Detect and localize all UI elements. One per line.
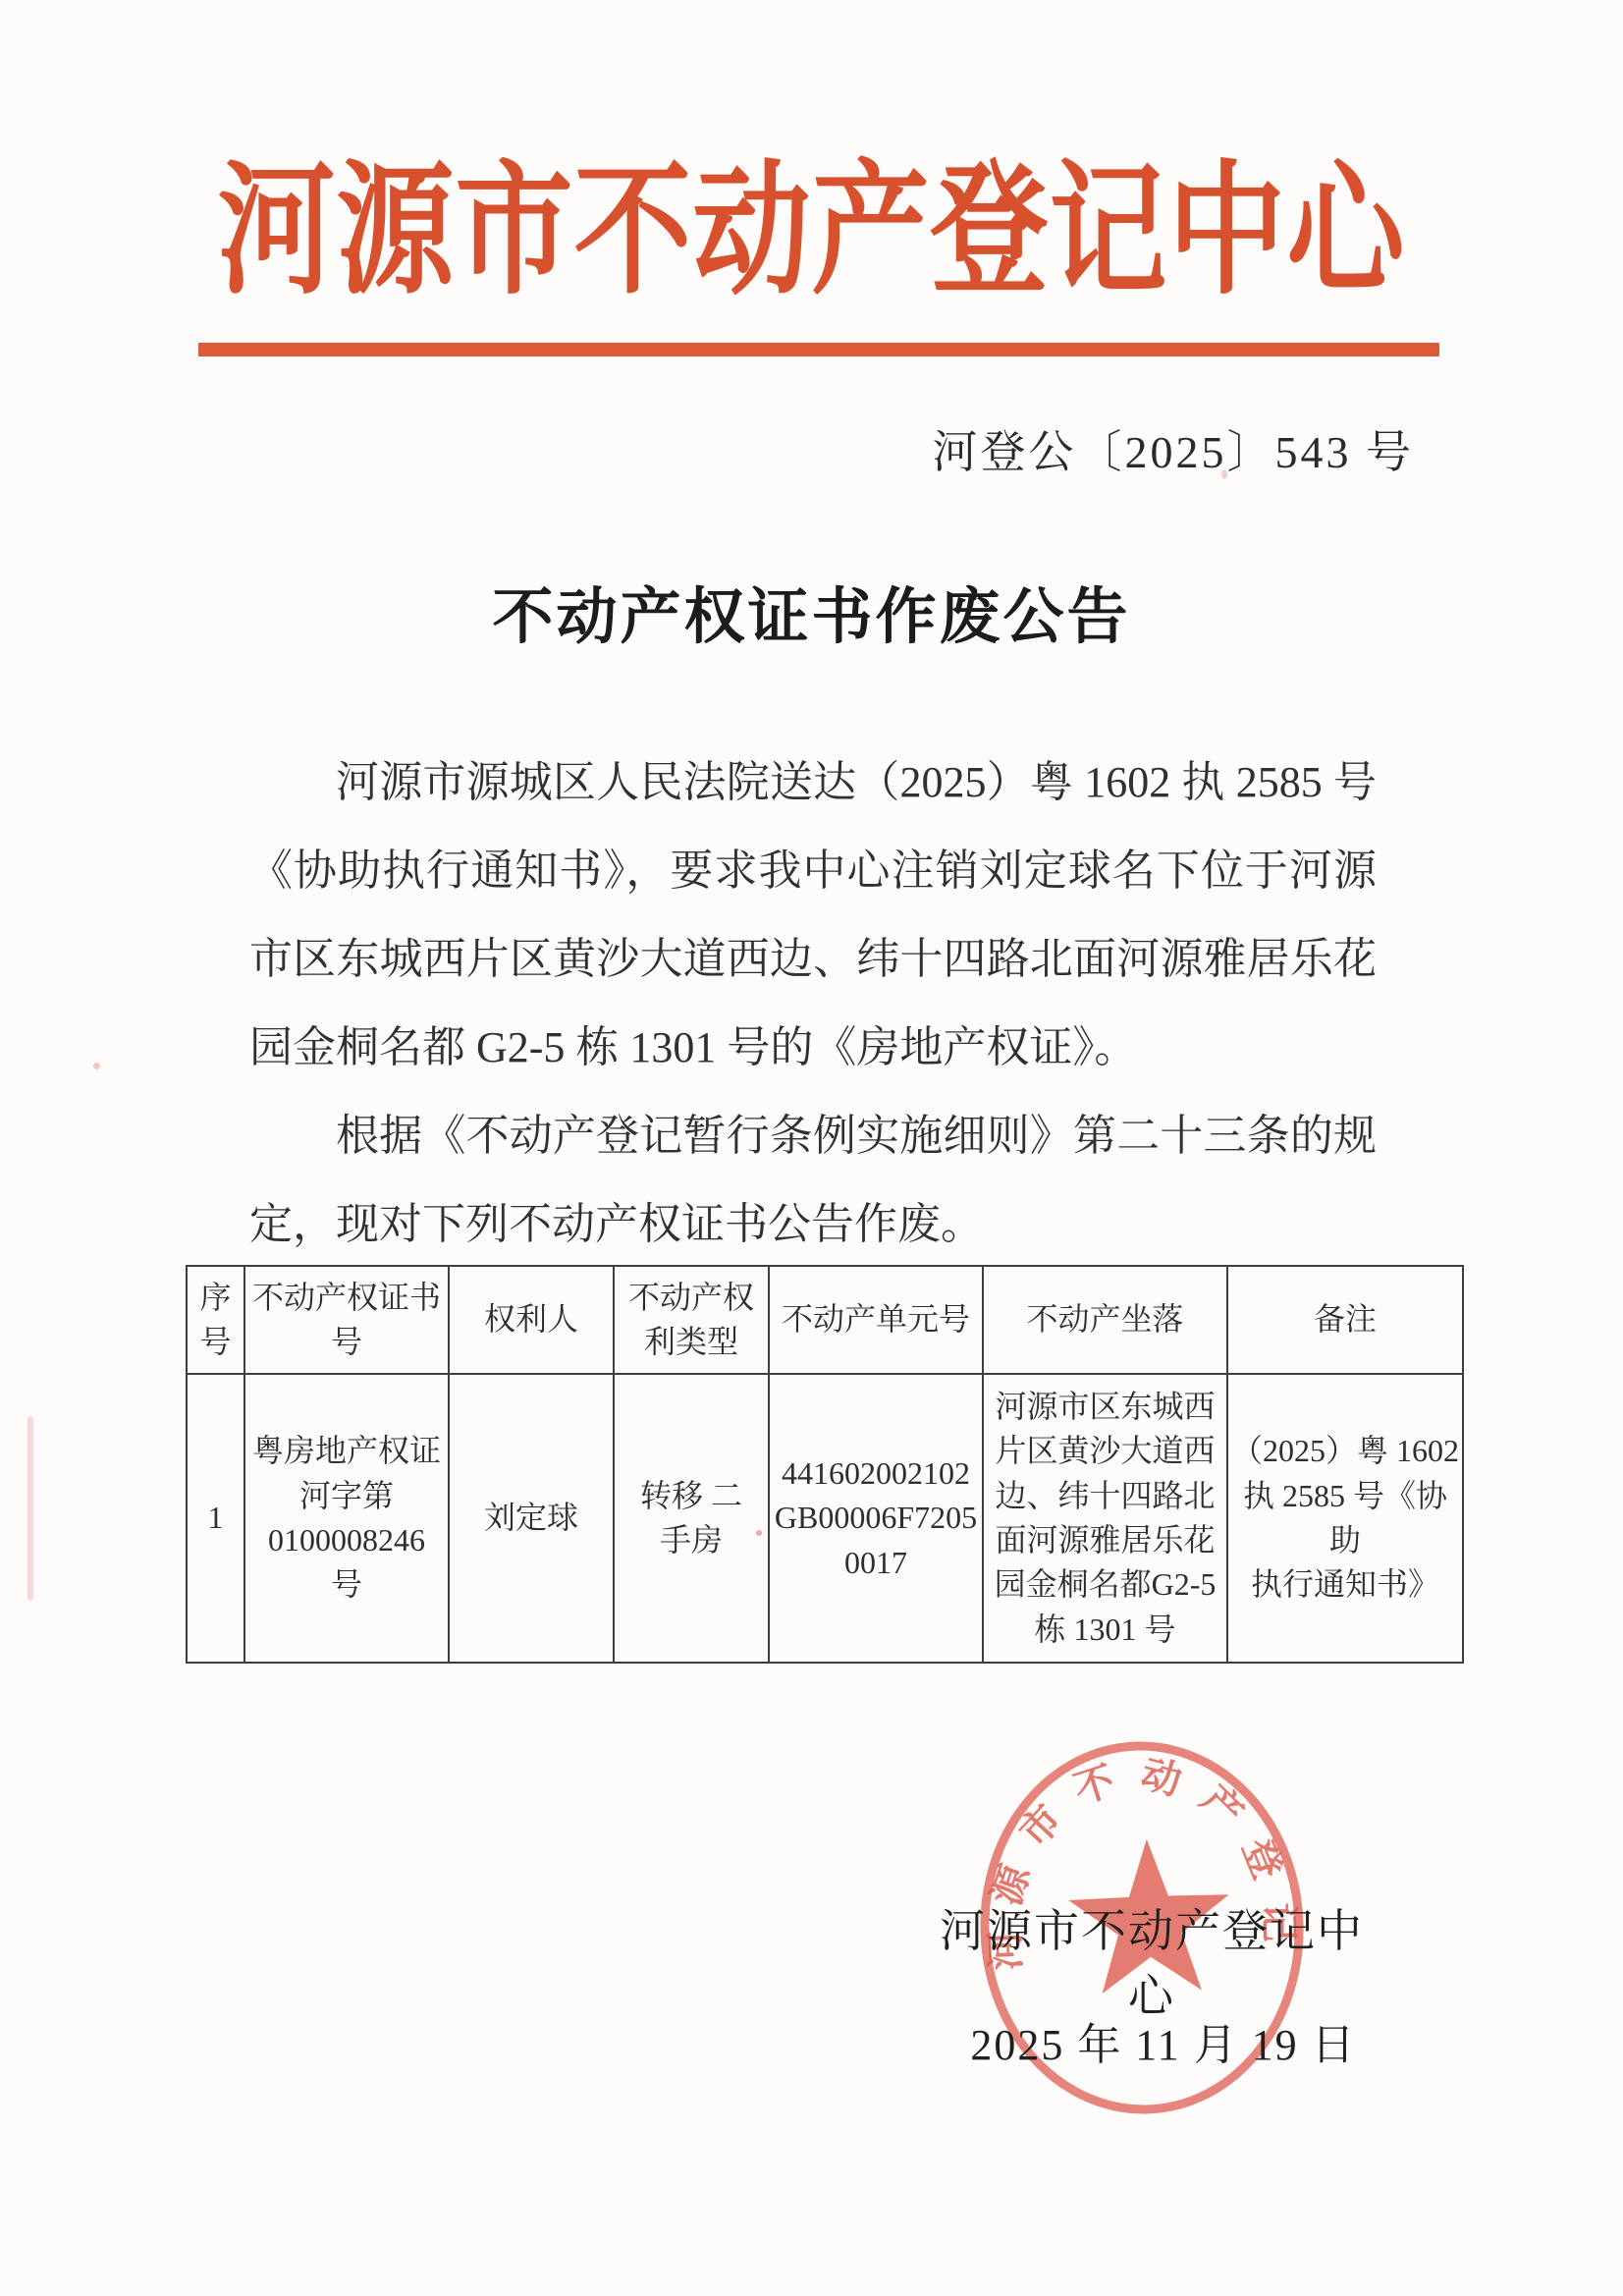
cell-remark: （2025）粤 1602 执 2585 号《协助 执行通知书》 bbox=[1227, 1374, 1463, 1663]
table-header-row: 序 号 不动产权证书 号 权利人 不动产权 利类型 不动产单元号 不动产坐落 备… bbox=[187, 1266, 1463, 1374]
letterhead-title: 河源市不动产登记中心 bbox=[0, 116, 1623, 322]
notice-body: 河源市源城区人民法院送达（2025）粤 1602 执 2585 号《协助执行通知… bbox=[249, 738, 1377, 1269]
col-header-holder: 权利人 bbox=[449, 1266, 614, 1374]
issuer-signature: 河源市不动产登记中心 bbox=[921, 1895, 1382, 2025]
notice-title: 不动产权证书作废公告 bbox=[0, 568, 1623, 655]
red-divider-line bbox=[198, 343, 1439, 356]
col-header-right-type: 不动产权 利类型 bbox=[614, 1266, 769, 1374]
cell-right-type: 转移 二 手房 bbox=[614, 1374, 769, 1663]
announcement-page: 河源市不动产登记中心 河登公〔2025〕543 号 不动产权证书作废公告 河源市… bbox=[0, 0, 1623, 2296]
cell-holder: 刘定球 bbox=[449, 1374, 614, 1663]
cell-seq: 1 bbox=[187, 1374, 244, 1663]
col-header-location: 不动产坐落 bbox=[983, 1266, 1227, 1374]
col-header-seq: 序 号 bbox=[187, 1266, 244, 1374]
body-paragraph-1: 河源市源城区人民法院送达（2025）粤 1602 执 2585 号《协助执行通知… bbox=[249, 738, 1377, 1092]
issue-date: 2025 年 11 月 19 日 bbox=[952, 2009, 1375, 2072]
cell-unit-number: 441602002102 GB00006F7205 0017 bbox=[769, 1374, 983, 1663]
col-header-remark: 备注 bbox=[1227, 1266, 1463, 1374]
certificates-table: 序 号 不动产权证书 号 权利人 不动产权 利类型 不动产单元号 不动产坐落 备… bbox=[186, 1265, 1464, 1664]
table-row: 1 粤房地产权证 河字第 0100008246 号 刘定球 转移 二 手房 44… bbox=[187, 1374, 1463, 1663]
cell-cert-number: 粤房地产权证 河字第 0100008246 号 bbox=[244, 1374, 449, 1663]
scan-artifact bbox=[93, 1063, 100, 1069]
col-header-cert-number: 不动产权证书 号 bbox=[244, 1266, 449, 1374]
document-number: 河登公〔2025〕543 号 bbox=[0, 416, 1414, 481]
scan-artifact bbox=[27, 1416, 33, 1601]
body-paragraph-2: 根据《不动产登记暂行条例实施细则》第二十三条的规定，现对下列不动产权证书公告作废… bbox=[249, 1092, 1377, 1269]
cell-location: 河源市区东城西 片区黄沙大道西 边、纬十四路北 面河源雅居乐花 园金桐名都G2-… bbox=[983, 1374, 1227, 1663]
col-header-unit-number: 不动产单元号 bbox=[769, 1266, 983, 1374]
